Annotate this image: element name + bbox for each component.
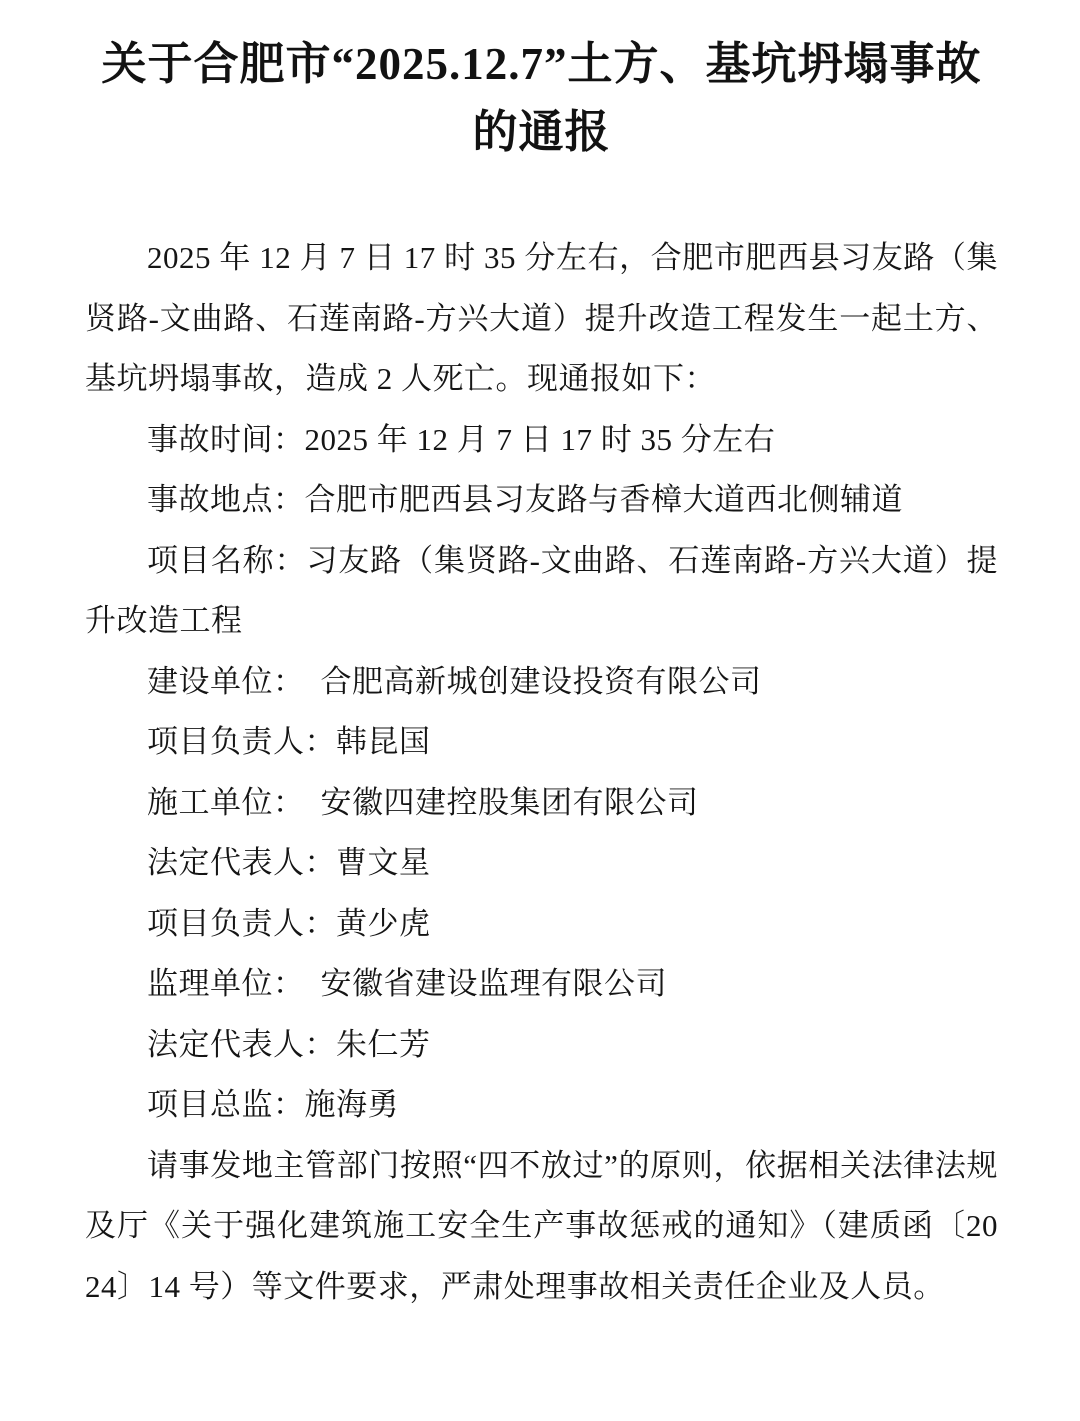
field-construction-unit-project-manager: 项目负责人：韩昆国 (85, 712, 998, 773)
paragraph-intro: 2025 年 12 月 7 日 17 时 35 分左右，合肥市肥西县习友路（集贤… (85, 228, 998, 410)
paragraph-closing: 请事发地主管部门按照“四不放过”的原则，依据相关法律法规及厅《关于强化建筑施工安… (85, 1136, 998, 1318)
field-contractor-unit: 施工单位： 安徽四建控股集团有限公司 (85, 773, 998, 834)
document-title: 关于合肥市“2025.12.7”土方、基坑坍塌事故的通报 (85, 30, 998, 166)
field-contractor-legal-representative: 法定代表人：曹文星 (85, 833, 998, 894)
field-accident-time: 事故时间：2025 年 12 月 7 日 17 时 35 分左右 (85, 410, 998, 471)
field-accident-location: 事故地点：合肥市肥西县习友路与香樟大道西北侧辅道 (85, 470, 998, 531)
field-chief-supervisor: 项目总监：施海勇 (85, 1075, 998, 1136)
field-supervision-unit: 监理单位： 安徽省建设监理有限公司 (85, 954, 998, 1015)
field-contractor-project-manager: 项目负责人：黄少虎 (85, 894, 998, 955)
notice-document-page: 关于合肥市“2025.12.7”土方、基坑坍塌事故的通报 2025 年 12 月… (0, 0, 1080, 1421)
field-supervision-legal-representative: 法定代表人：朱仁芳 (85, 1015, 998, 1076)
field-construction-unit: 建设单位： 合肥高新城创建设投资有限公司 (85, 652, 998, 713)
field-project-name: 项目名称：习友路（集贤路-文曲路、石莲南路-方兴大道）提升改造工程 (85, 531, 998, 652)
document-body: 2025 年 12 月 7 日 17 时 35 分左右，合肥市肥西县习友路（集贤… (85, 228, 998, 1317)
